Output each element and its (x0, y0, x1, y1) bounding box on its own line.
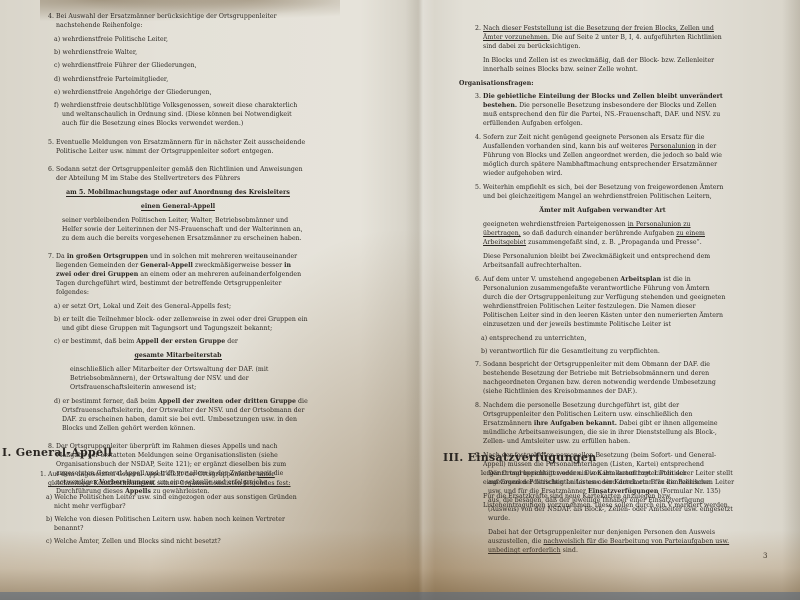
item-6: 6. Sodann setzt der Ortsgruppenleiter ge… (48, 165, 308, 183)
subitem: f) wehrdienstfreie deutschblütige Volksg… (48, 101, 308, 128)
item-5: 5. Eventuelle Meldungen von Ersatzmänner… (48, 138, 308, 156)
subitem: a) wehrdienstfreie Politische Leiter, (48, 35, 308, 44)
subitem: b) er teilt die Teilnehmer block- oder z… (48, 315, 308, 333)
left-page: 4. Bei Auswahl der Ersatzmänner berücksi… (48, 12, 308, 501)
subitem: d) er bestimmt ferner, daß beim Appell d… (48, 397, 308, 433)
item-4: 4. Sofern zur Zeit nicht genügend geeign… (475, 133, 730, 178)
water-stain (0, 530, 800, 600)
subitem: c) wehrdienstfreie Führer der Gliederung… (48, 61, 308, 70)
right-page: 2. Nach dieser Feststellung ist die Bese… (475, 24, 730, 515)
centered-heading: gesamte Mitarbeiterstab (48, 351, 308, 360)
item-5: 5. Weiterhin empfiehlt es sich, bei der … (475, 183, 730, 201)
subitem: e) wehrdienstfreie Angehörige der Gliede… (48, 88, 308, 97)
paragraph: einschließlich aller Mitarbeiter der Ort… (48, 365, 308, 392)
item-6: 6. Auf dem unter V. umstehend angegebene… (475, 275, 730, 329)
centered-heading: am 5. Mobilmachungstage oder auf Anordnu… (48, 188, 308, 197)
section-item-1: 1. Auf dem angesetzten General-Appell st… (40, 470, 298, 488)
page-edge (782, 0, 800, 600)
section-heading-einsatzverfuegungen: III. Einsatzverfügungen (443, 451, 597, 464)
item-2: 2. Nach dieser Feststellung ist die Bese… (475, 24, 730, 51)
subitem: c) er bestimmt, daß beim Appell der erst… (48, 337, 308, 346)
item-8: 8. Nachdem die personelle Besetzung durc… (475, 401, 730, 446)
subitem: a) Welche Politischen Leiter usw. sind e… (40, 493, 298, 511)
subitem: b) verantwortlich für die Gesamtleitung … (475, 347, 730, 356)
paragraph: Diese Personalunion bleibt bei Zweckmäßi… (475, 252, 730, 270)
paragraph: geeigneten wehrdienstfreien Parteigenoss… (475, 220, 730, 247)
surface-below (0, 592, 800, 600)
subitem: a) entsprechend zu unterrichten, (475, 334, 730, 343)
section-item-1: 1. Der Ortsgruppenleiter oder ein von ih… (480, 469, 735, 523)
paragraph: seiner verbleibenden Politischen Leiter,… (48, 216, 308, 243)
paragraph: In Blocks und Zellen ist es zweckmäßig, … (475, 56, 730, 74)
item-7: 7. Da in großen Ortsgruppen und in solch… (48, 252, 308, 297)
centered-heading: einen General-Appell (48, 202, 308, 211)
center-fold (405, 0, 435, 600)
section-heading-general-appell: I. General-Appell (2, 446, 112, 459)
centered-heading: Ämter mit Aufgaben verwandter Art (475, 206, 730, 215)
item-7: 7. Sodann bespricht der Ortsgruppenleite… (475, 360, 730, 396)
item-3: 3. Die gebietliche Einteilung der Blocks… (475, 92, 730, 128)
subitem: b) wehrdienstfreie Walter, (48, 48, 308, 57)
subitem: a) er setzt Ort, Lokal und Zeit des Gene… (48, 302, 308, 311)
subitem: d) wehrdienstfreie Parteimitglieder, (48, 75, 308, 84)
org-heading: Organisationsfragen: (459, 79, 730, 88)
item-4: 4. Bei Auswahl der Ersatzmänner berücksi… (48, 12, 308, 30)
